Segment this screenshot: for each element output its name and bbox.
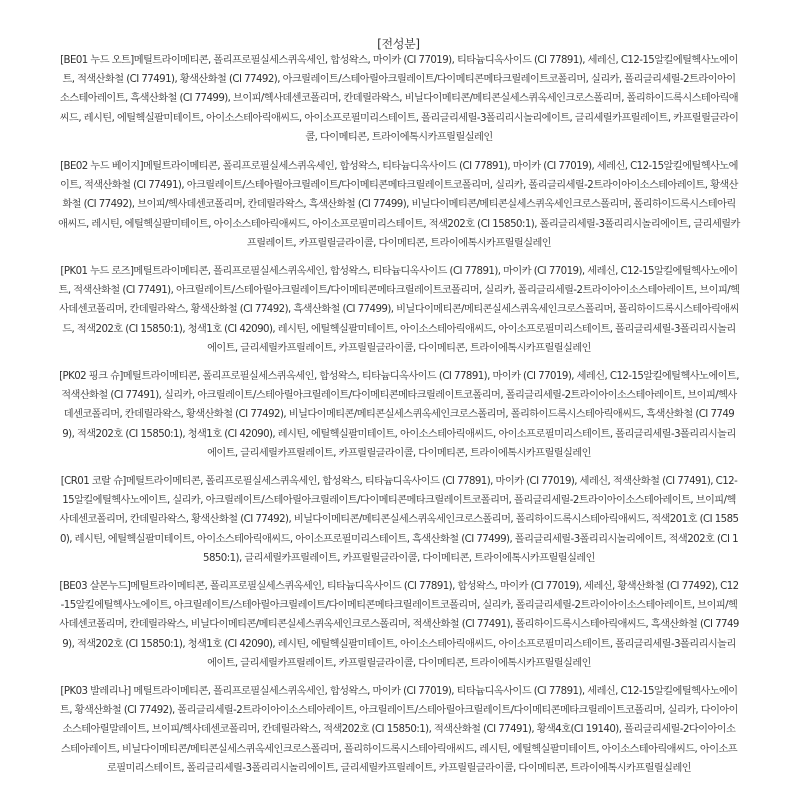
ingredient-text: 메틸트라이메티콘, 폴리프로필실세스퀴옥세인, 합성왁스, 티타늄디옥사이드 (… <box>59 266 740 354</box>
ingredient-text: 메틸트라이메티콘, 폴리프로필실세스퀴옥세인, 합성왁스, 마이카 (CI 77… <box>60 686 738 774</box>
ingredient-list-pk01: [PK01 누드 로즈]메틸트라이메티콘, 폴리프로필실세스퀴옥세인, 합성왁스… <box>58 262 740 358</box>
product-code: [CR01 코랄 슈] <box>61 476 126 487</box>
ingredient-text: 메틸트라이메티콘, 폴리프로필실세스퀴옥세인, 합성왁스, 티타늄디옥사이드 (… <box>58 161 740 249</box>
product-code: [PK01 누드 로즈] <box>60 266 133 277</box>
ingredient-list-be03: [BE03 살몬누드]메틸트라이메티콘, 폴리프로필실세스퀴옥세인, 티타늄디옥… <box>58 577 740 673</box>
product-code: [PK03 발레리나] <box>60 686 133 697</box>
ingredients-page: [전성분] [BE01 누드 오트]메틸트라이메티콘, 폴리프로필실세스퀴옥세인… <box>0 0 797 807</box>
ingredient-list-be01: [BE01 누드 오트]메틸트라이메티콘, 폴리프로필실세스퀴옥세인, 합성왁스… <box>58 51 740 147</box>
ingredient-text: 메틸트라이메티콘, 폴리프로필실세스퀴옥세인, 합성왁스, 마이카 (CI 77… <box>60 55 738 143</box>
ingredient-text: 메틸트라이메티콘, 폴리프로필실세스퀴옥세인, 티타늄디옥사이드 (CI 778… <box>59 581 739 669</box>
product-code: [BE01 누드 오트] <box>60 55 134 66</box>
section-title: [전성분] <box>0 36 797 52</box>
ingredient-list-be02: [BE02 누드 베이지]메틸트라이메티콘, 폴리프로필실세스퀴옥세인, 합성왁… <box>58 157 740 253</box>
product-code: [BE02 누드 베이지] <box>60 161 143 172</box>
product-code: [PK02 핑크 슈] <box>59 371 123 382</box>
ingredient-text: 메틸트라이메티콘, 폴리프로필실세스퀴옥세인, 합성왁스, 티타늄디옥사이드 (… <box>60 476 739 564</box>
product-code: [BE03 살몬누드] <box>59 581 130 592</box>
ingredient-list-pk02: [PK02 핑크 슈]메틸트라이메티콘, 폴리프로필실세스퀴옥세인, 합성왁스,… <box>58 367 740 463</box>
ingredient-list-cr01: [CR01 코랄 슈]메틸트라이메티콘, 폴리프로필실세스퀴옥세인, 합성왁스,… <box>58 472 740 568</box>
ingredient-list-pk03: [PK03 발레리나] 메틸트라이메티콘, 폴리프로필실세스퀴옥세인, 합성왁스… <box>58 682 740 778</box>
ingredient-text: 메틸트라이메티콘, 폴리프로필실세스퀴옥세인, 합성왁스, 티타늄디옥사이드 (… <box>61 371 739 459</box>
